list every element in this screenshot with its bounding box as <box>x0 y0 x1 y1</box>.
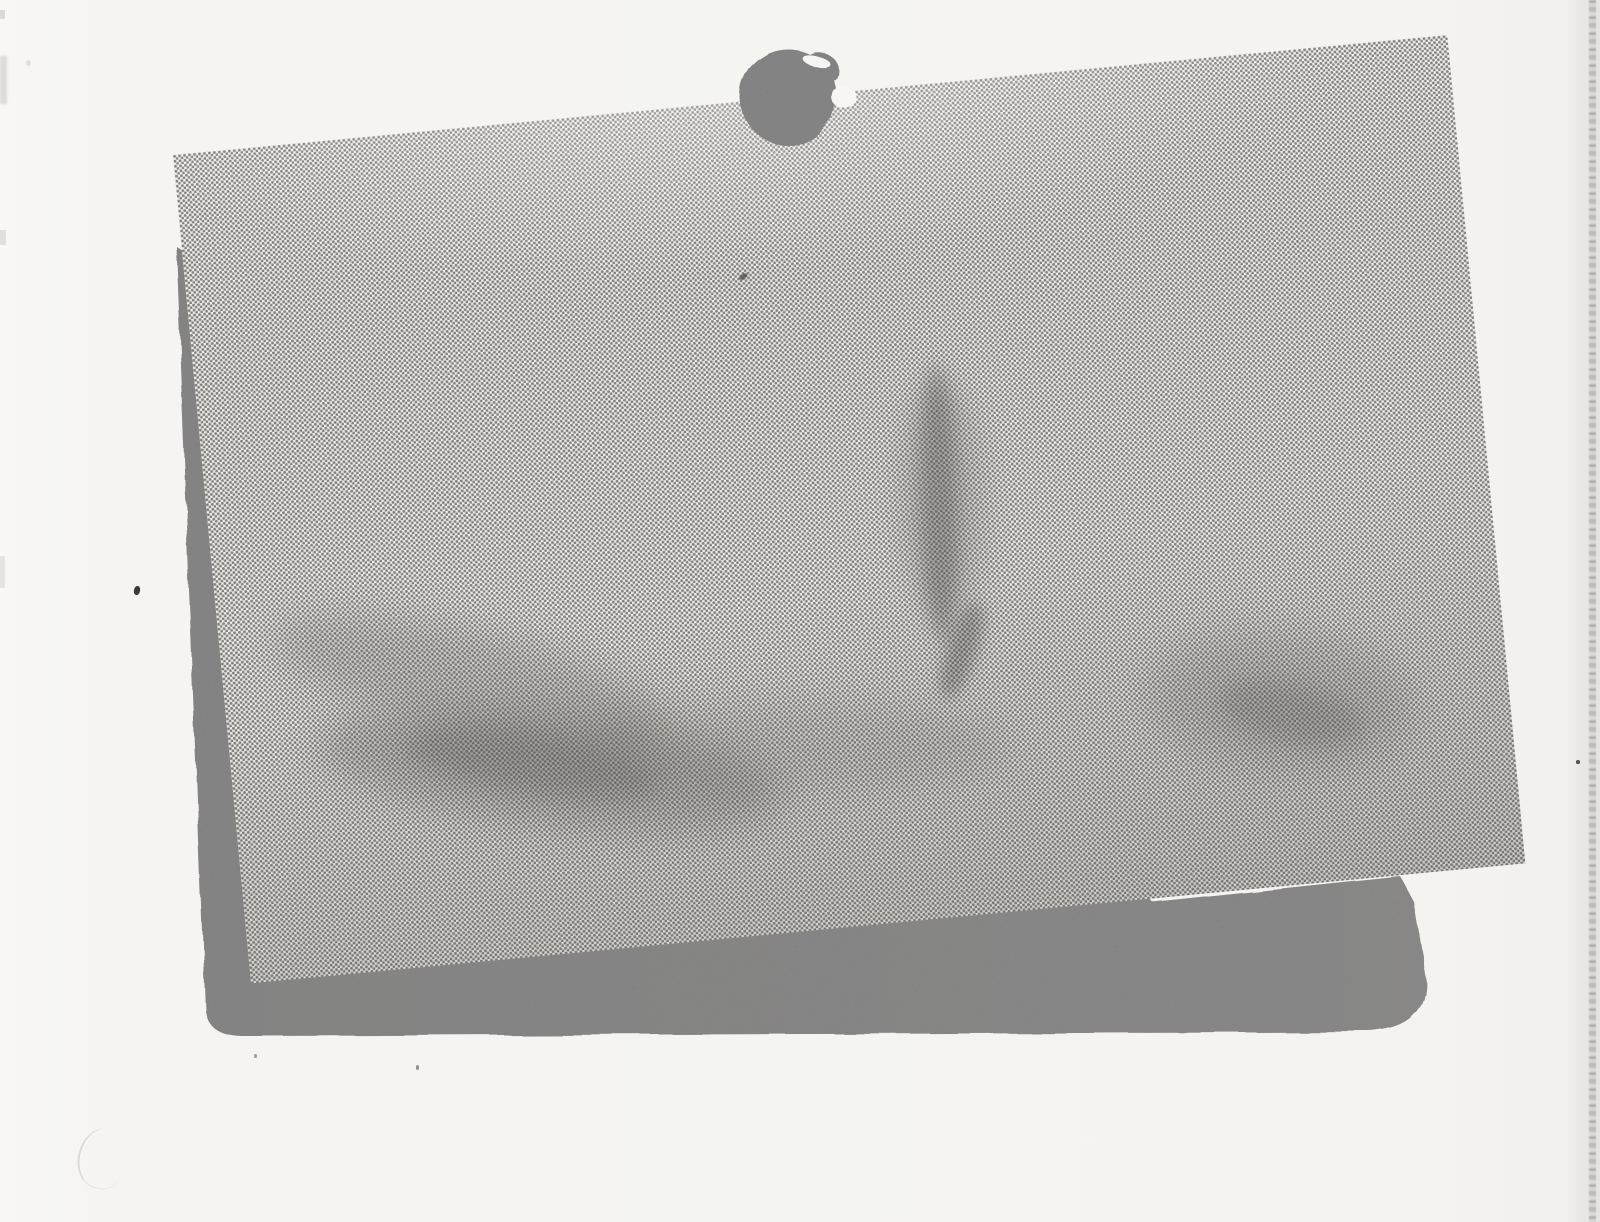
push-pin-notch <box>831 84 855 108</box>
ink-speck <box>416 1065 419 1070</box>
ink-speck <box>254 1054 257 1058</box>
push-pin <box>0 0 1600 1222</box>
scanned-page <box>0 0 1600 1222</box>
ink-speck <box>1576 760 1580 764</box>
